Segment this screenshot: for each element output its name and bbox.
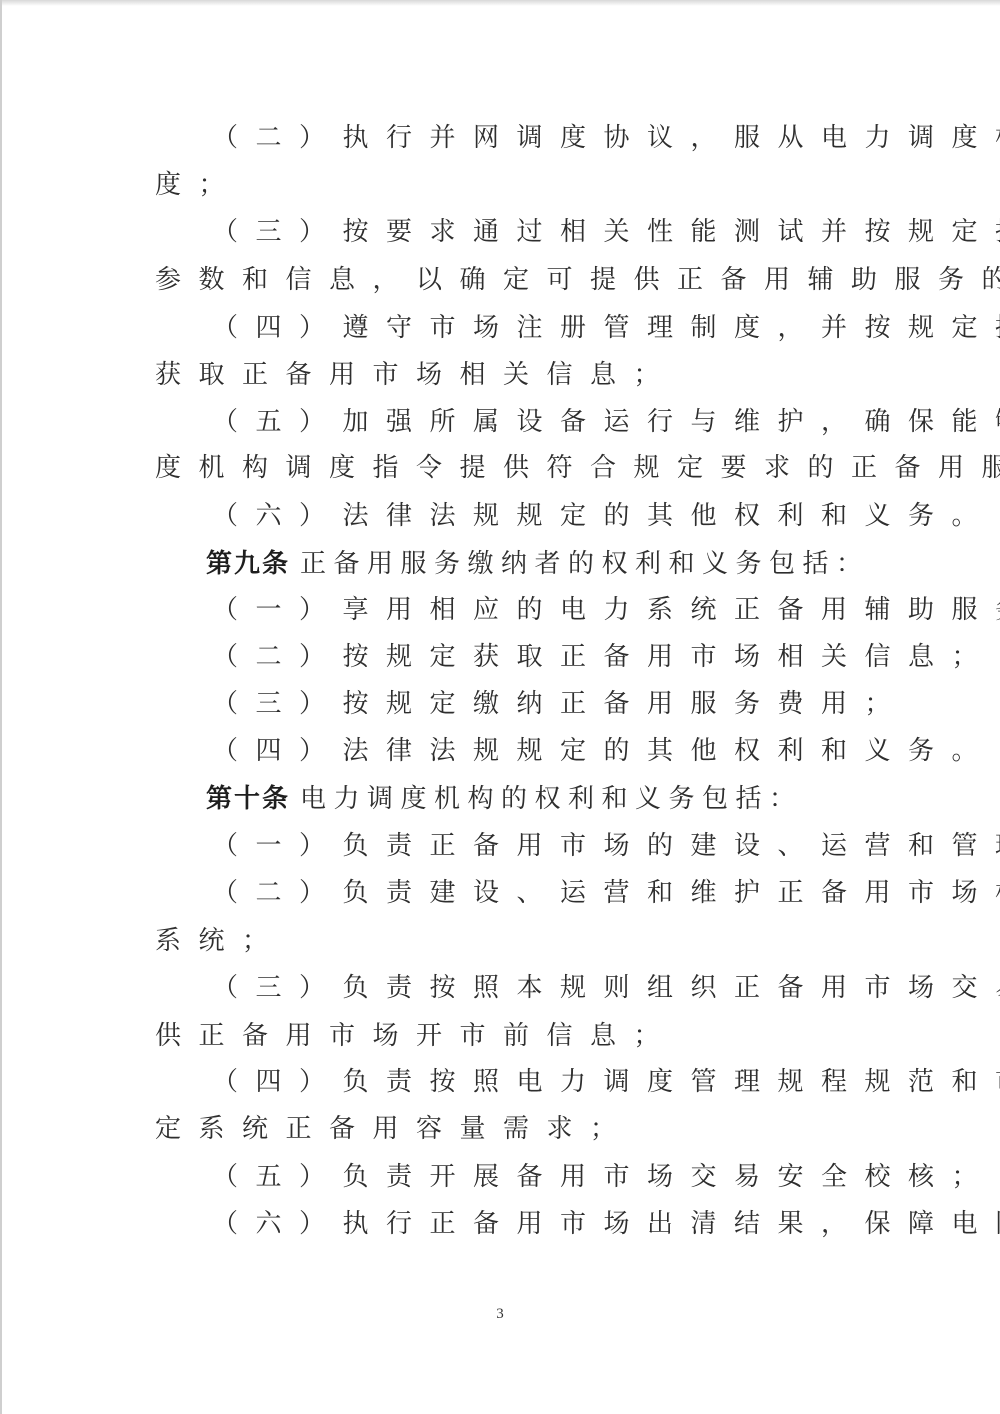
list-item-continuation: 度机构调度指令提供符合规定要求的正备用服务； [155, 446, 860, 490]
list-item-continuation: 参数和信息，以确定可提供正备用辅助服务的能力； [155, 258, 860, 302]
list-item-continuation: 定系统正备用容量需求； [155, 1107, 860, 1151]
list-item: （一）享用相应的电力系统正备用辅助服务； [212, 588, 917, 632]
article-number: 第九条 [206, 549, 290, 579]
list-item: （六）执行正备用市场出清结果，保障电网安全稳定运 [212, 1202, 917, 1246]
list-item: （一）负责正备用市场的建设、运营和管理； [212, 824, 917, 868]
article-number: 第十条 [206, 784, 290, 814]
list-item-continuation: 系统； [155, 919, 860, 963]
article-heading-text: 正备用服务缴纳者的权利和义务包括： [300, 549, 870, 579]
list-item: （五）负责开展备用市场交易安全校核； [212, 1155, 917, 1199]
document-page: （二）执行并网调度协议，服从电力调度机构的统一调 度； （三）按要求通过相关性能… [0, 0, 1000, 1414]
list-item: （五）加强所属设备运行与维护，确保能够根据电力调 [212, 400, 917, 444]
list-item: （三）按规定缴纳正备用服务费用； [212, 682, 917, 726]
list-item-continuation: 获取正备用市场相关信息； [155, 353, 860, 397]
list-item: （三）负责按照本规则组织正备用市场交易和出清，提 [212, 966, 917, 1010]
article-heading-text: 电力调度机构的权利和义务包括： [300, 784, 803, 814]
list-item: （二）按规定获取正备用市场相关信息； [212, 635, 917, 679]
list-item: （二）负责建设、运营和维护正备用市场相关技术支持 [212, 871, 917, 915]
list-item-continuation: 供正备用市场开市前信息； [155, 1014, 860, 1058]
article-10-heading: 第十条电力调度机构的权利和义务包括： [206, 777, 911, 821]
list-item: （四）负责按照电力调度管理规程规范和市场规则等确 [212, 1060, 917, 1104]
article-9-heading: 第九条正备用服务缴纳者的权利和义务包括： [206, 542, 911, 586]
page-number: 3 [490, 1306, 510, 1323]
list-item-continuation: 度； [155, 163, 860, 207]
list-item: （四）法律法规规定的其他权利和义务。 [212, 729, 917, 773]
list-item: （四）遵守市场注册管理制度，并按规定披露、提供、 [212, 306, 917, 350]
list-item: （二）执行并网调度协议，服从电力调度机构的统一调 [212, 116, 917, 160]
list-item: （六）法律法规规定的其他权利和义务。 [212, 494, 917, 538]
list-item: （三）按要求通过相关性能测试并按规定提供有关技术 [212, 210, 917, 254]
